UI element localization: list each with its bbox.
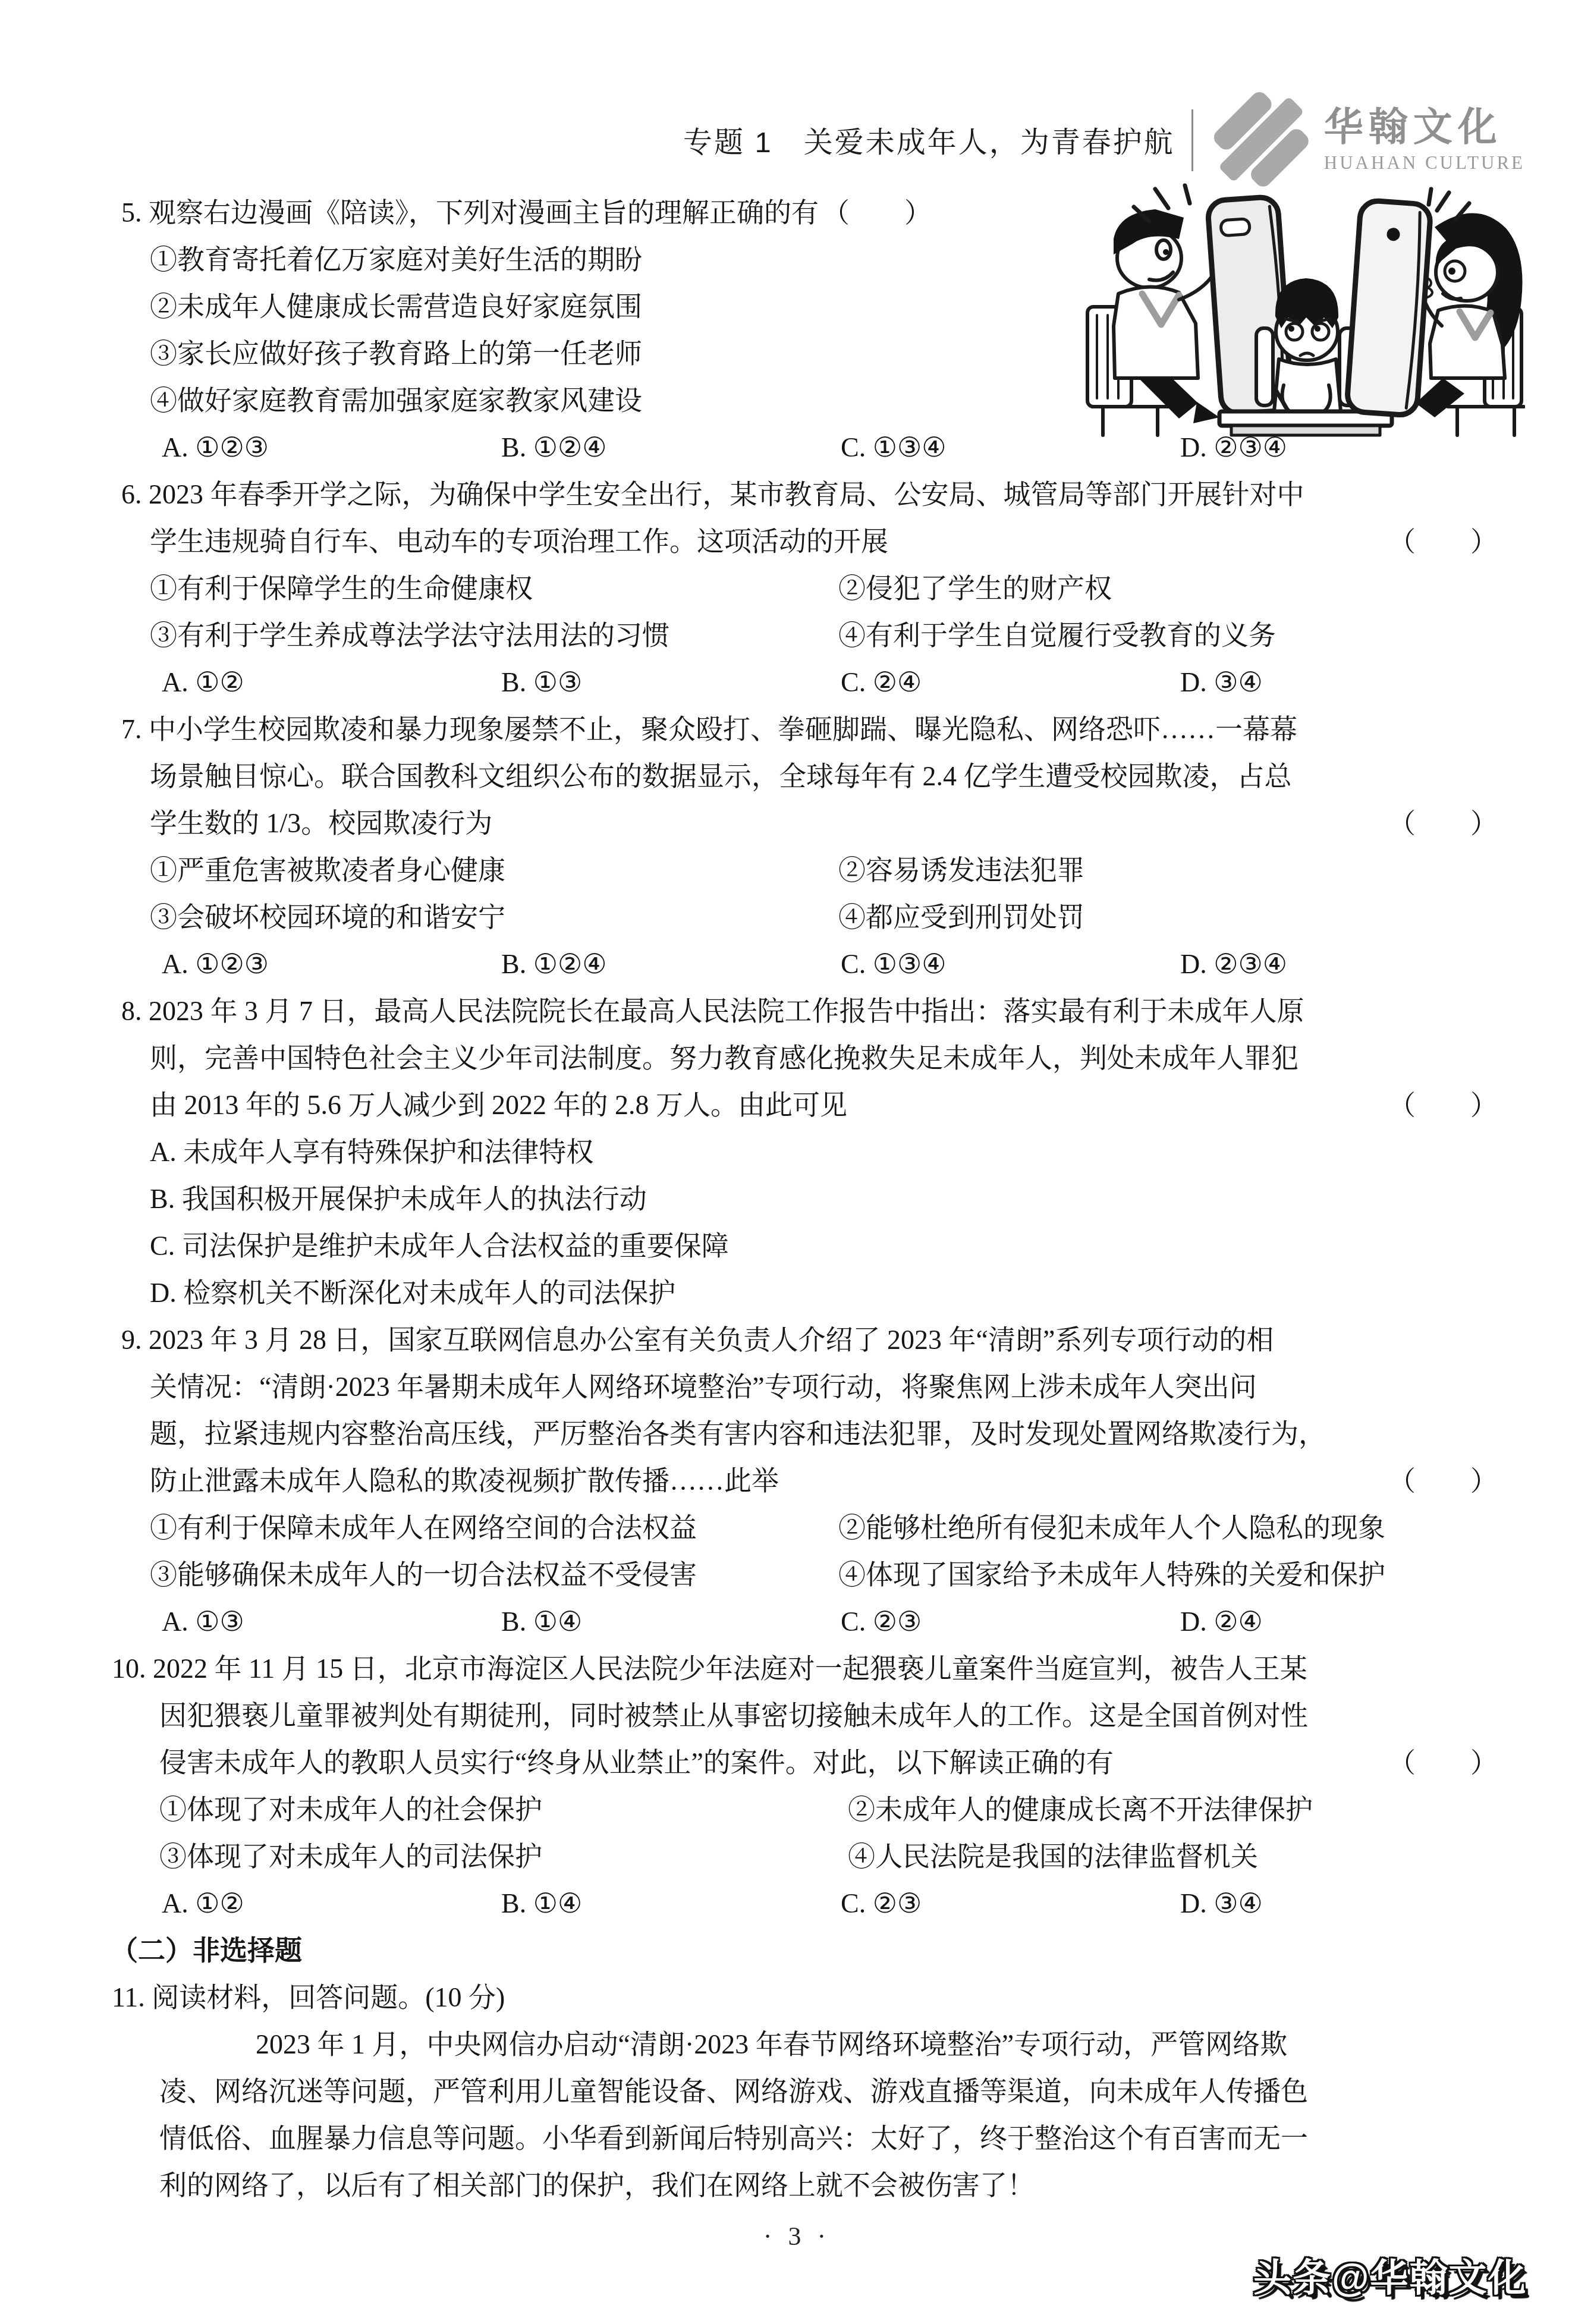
q10-stem-line1: 10. 2022 年 11 月 15 日，北京市海淀区人民法院少年法庭对一起猥亵… — [0, 1645, 1594, 1692]
q8-answer-bracket: （ ） — [1388, 1081, 1498, 1128]
q10-stem-line3: 侵害未成年人的教职人员实行“终身从业禁止”的案件。对此，以下解读正确的有（ ） — [0, 1739, 1594, 1786]
q7-option-2: ②容易诱发违法犯罪 — [838, 847, 1084, 894]
q10-option-4: ④人民法院是我国的法律监督机关 — [848, 1833, 1258, 1880]
q5-stem-text: 5. 观察右边漫画《陪读》，下列对漫画主旨的理解正确的有 — [121, 197, 819, 228]
q8-stem-text: 由 2013 年的 5.6 万人减少到 2022 年的 2.8 万人。由此可见 — [150, 1090, 847, 1120]
q8-choice-d: D. 检察机关不断深化对未成年人的司法保护 — [0, 1269, 1594, 1316]
toutiao-watermark: 头条@华翰文化 — [1253, 2247, 1527, 2302]
q9-stem-text: 防止泄露未成年人隐私的欺凌视频扩散传播……此举 — [150, 1466, 779, 1496]
q11-material-line4: 利的网络了，以后有了相关部门的保护，我们在网络上就不会被伤害了！ — [0, 2162, 1594, 2209]
q9-option-4: ④体现了国家给予未成年人特殊的关爱和保护 — [838, 1551, 1385, 1598]
q9-stem-line1: 9. 2023 年 3 月 28 日，国家互联网信息办公室有关负责人介绍了 20… — [0, 1316, 1594, 1363]
q7-choice-b: B. ①②④ — [501, 941, 841, 988]
q6-choice-a: A. ①② — [162, 659, 501, 706]
q10-stem-line2: 因犯猥亵儿童罪被判处有期徒刑，同时被禁止从事密切接触未成年人的工作。这是全国首例… — [0, 1692, 1594, 1739]
q5-option-3: ③家长应做好孩子教育路上的第一任老师 — [0, 330, 1594, 377]
q10-option-2: ②未成年人的健康成长离不开法律保护 — [848, 1786, 1313, 1833]
q11-material-line2: 凌、网络沉迷等问题，严管利用儿童智能设备、网络游戏、游戏直播等渠道，向未成年人传… — [0, 2068, 1594, 2115]
brand-text: 华翰文化 HUAHAN CULTURE — [1324, 107, 1525, 174]
q9-option-3: ③能够确保未成年人的一切合法权益不受侵害 — [150, 1551, 838, 1598]
q7-options-row2: ③会破坏校园环境的和谐安宁④都应受到刑罚处罚 — [0, 894, 1594, 941]
q9-stem-line2: 关情况：“清朗·2023 年暑期未成年人网络环境整治”专项行动，将聚焦网上涉未成… — [0, 1363, 1594, 1410]
q8-choice-b: B. 我国积极开展保护未成年人的执法行动 — [0, 1175, 1594, 1222]
q5-choice-a: A. ①②③ — [162, 424, 501, 471]
q5-answer-bracket: （ ） — [822, 197, 932, 228]
q6-choice-b: B. ①③ — [501, 659, 841, 706]
q8-choice-c: C. 司法保护是维护未成年人合法权益的重要保障 — [0, 1222, 1594, 1269]
q6-option-3: ③有利于学生养成尊法学法守法用法的习惯 — [150, 612, 838, 659]
q6-stem-text: 学生违规骑自行车、电动车的专项治理工作。这项活动的开展 — [150, 526, 888, 556]
q9-stem-line3: 题，拉紧违规内容整治高压线，严厉整治各类有害内容和违法犯罪，及时发现处置网络欺凌… — [0, 1410, 1594, 1457]
q5-option-4: ④做好家庭教育需加强家庭家教家风建设 — [0, 377, 1594, 424]
q9-option-2: ②能够杜绝所有侵犯未成年人个人隐私的现象 — [838, 1504, 1385, 1551]
q6-stem-line1: 6. 2023 年春季开学之际，为确保中学生安全出行，某市教育局、公安局、城管局… — [0, 471, 1594, 518]
q9-options-row2: ③能够确保未成年人的一切合法权益不受侵害④体现了国家给予未成年人特殊的关爱和保护 — [0, 1551, 1594, 1598]
q6-option-1: ①有利于保障学生的生命健康权 — [150, 565, 838, 612]
q10-choice-b: B. ①④ — [501, 1880, 841, 1927]
q11-material-line3: 情低俗、血腥暴力信息等问题。小华看到新闻后特别高兴：太好了，终于整治这个有百害而… — [0, 2115, 1594, 2162]
q7-choice-d: D. ②③④ — [1180, 941, 1287, 988]
q6-choice-c: C. ②④ — [841, 659, 1180, 706]
q7-option-4: ④都应受到刑罚处罚 — [838, 894, 1084, 941]
q7-option-3: ③会破坏校园环境的和谐安宁 — [150, 894, 838, 941]
q5-choice-d: D. ②③④ — [1180, 424, 1287, 471]
q10-options-row1: ①体现了对未成年人的社会保护②未成年人的健康成长离不开法律保护 — [0, 1786, 1594, 1833]
q6-options-row1: ①有利于保障学生的生命健康权②侵犯了学生的财产权 — [0, 565, 1594, 612]
q9-stem-line4: 防止泄露未成年人隐私的欺凌视频扩散传播……此举（ ） — [0, 1457, 1594, 1504]
q6-option-4: ④有利于学生自觉履行受教育的义务 — [838, 612, 1276, 659]
q9-choice-c: C. ②③ — [841, 1598, 1180, 1645]
q5-stem: 5. 观察右边漫画《陪读》，下列对漫画主旨的理解正确的有（ ） — [0, 189, 1594, 236]
q6-choice-d: D. ③④ — [1180, 659, 1263, 706]
q7-stem-line2: 场景触目惊心。联合国教科文组织公布的数据显示，全球每年有 2.4 亿学生遭受校园… — [0, 753, 1594, 800]
q6-choices: A. ①②B. ①③C. ②④D. ③④ — [0, 659, 1594, 706]
q7-answer-bracket: （ ） — [1388, 800, 1498, 847]
q6-option-2: ②侵犯了学生的财产权 — [838, 565, 1112, 612]
q8-stem-line3: 由 2013 年的 5.6 万人减少到 2022 年的 2.8 万人。由此可见（… — [0, 1081, 1594, 1128]
q11-material-line1: 2023 年 1 月，中央网信办启动“清朗·2023 年春节网络环境整治”专项行… — [0, 2021, 1594, 2068]
q6-answer-bracket: （ ） — [1388, 518, 1498, 565]
section-2-heading: （二）非选择题 — [0, 1927, 1594, 1974]
q9-option-1: ①有利于保障未成年人在网络空间的合法权益 — [150, 1504, 838, 1551]
q10-options-row2: ③体现了对未成年人的司法保护④人民法院是我国的法律监督机关 — [0, 1833, 1594, 1880]
q7-stem-line1: 7. 中小学生校园欺凌和暴力现象屡禁不止，聚众殴打、拳砸脚踹、曝光隐私、网络恐吓… — [0, 706, 1594, 753]
q7-choice-a: A. ①②③ — [162, 941, 501, 988]
q7-choice-c: C. ①③④ — [841, 941, 1180, 988]
q7-choices: A. ①②③B. ①②④C. ①③④D. ②③④ — [0, 941, 1594, 988]
q7-option-1: ①严重危害被欺凌者身心健康 — [150, 847, 838, 894]
q5-choice-c: C. ①③④ — [841, 424, 1180, 471]
q10-choice-a: A. ①② — [162, 1880, 501, 1927]
brand-name-cn: 华翰文化 — [1324, 107, 1525, 146]
q9-choice-d: D. ②④ — [1180, 1598, 1263, 1645]
q7-stem-line3: 学生数的 1/3。校园欺凌行为（ ） — [0, 800, 1594, 847]
header-divider — [1191, 109, 1193, 171]
q6-options-row2: ③有利于学生养成尊法学法守法用法的习惯④有利于学生自觉履行受教育的义务 — [0, 612, 1594, 659]
q9-choice-a: A. ①③ — [162, 1598, 501, 1645]
q8-stem-line1: 8. 2023 年 3 月 7 日，最高人民法院院长在最高人民法院工作报告中指出… — [0, 988, 1594, 1034]
q10-choice-c: C. ②③ — [841, 1880, 1180, 1927]
q7-stem-text: 学生数的 1/3。校园欺凌行为 — [150, 808, 492, 838]
q8-stem-line2: 则，完善中国特色社会主义少年司法制度。努力教育感化挽救失足未成年人，判处未成年人… — [0, 1034, 1594, 1081]
q10-answer-bracket: （ ） — [1388, 1739, 1498, 1786]
q10-option-3: ③体现了对未成年人的司法保护 — [159, 1833, 848, 1880]
q10-stem-text: 侵害未成年人的教职人员实行“终身从业禁止”的案件。对此，以下解读正确的有 — [159, 1747, 1114, 1778]
q9-answer-bracket: （ ） — [1388, 1457, 1498, 1504]
q5-option-1: ①教育寄托着亿万家庭对美好生活的期盼 — [0, 236, 1594, 283]
page-header: 专题 1 关爱未成年人，为青春护航 华翰文化 HUAHAN CULTURE — [683, 89, 1525, 191]
exam-page: 专题 1 关爱未成年人，为青春护航 华翰文化 HUAHAN CULTURE — [0, 0, 1594, 2324]
q5-choice-b: B. ①②④ — [501, 424, 841, 471]
q5-choices: A. ①②③B. ①②④C. ①③④D. ②③④ — [0, 424, 1594, 471]
q11-stem: 11. 阅读材料，回答问题。(10 分) — [0, 1974, 1594, 2021]
brand-name-en: HUAHAN CULTURE — [1324, 152, 1525, 174]
q9-choice-b: B. ①④ — [501, 1598, 841, 1645]
q10-choice-d: D. ③④ — [1180, 1880, 1263, 1927]
q9-choices: A. ①③B. ①④C. ②③D. ②④ — [0, 1598, 1594, 1645]
q5-option-2: ②未成年人健康成长需营造良好家庭氛围 — [0, 283, 1594, 330]
q10-choices: A. ①②B. ①④C. ②③D. ③④ — [0, 1880, 1594, 1927]
q10-option-1: ①体现了对未成年人的社会保护 — [159, 1786, 848, 1833]
q7-options-row1: ①严重危害被欺凌者身心健康②容易诱发违法犯罪 — [0, 847, 1594, 894]
q6-stem-line2: 学生违规骑自行车、电动车的专项治理工作。这项活动的开展（ ） — [0, 518, 1594, 565]
unit-title: 专题 1 关爱未成年人，为青春护航 — [683, 119, 1175, 161]
q8-choice-a: A. 未成年人享有特殊保护和法律特权 — [0, 1128, 1594, 1175]
q9-options-row1: ①有利于保障未成年人在网络空间的合法权益②能够杜绝所有侵犯未成年人个人隐私的现象 — [0, 1504, 1594, 1551]
question-area: 5. 观察右边漫画《陪读》，下列对漫画主旨的理解正确的有（ ） ①教育寄托着亿万… — [0, 189, 1594, 2209]
